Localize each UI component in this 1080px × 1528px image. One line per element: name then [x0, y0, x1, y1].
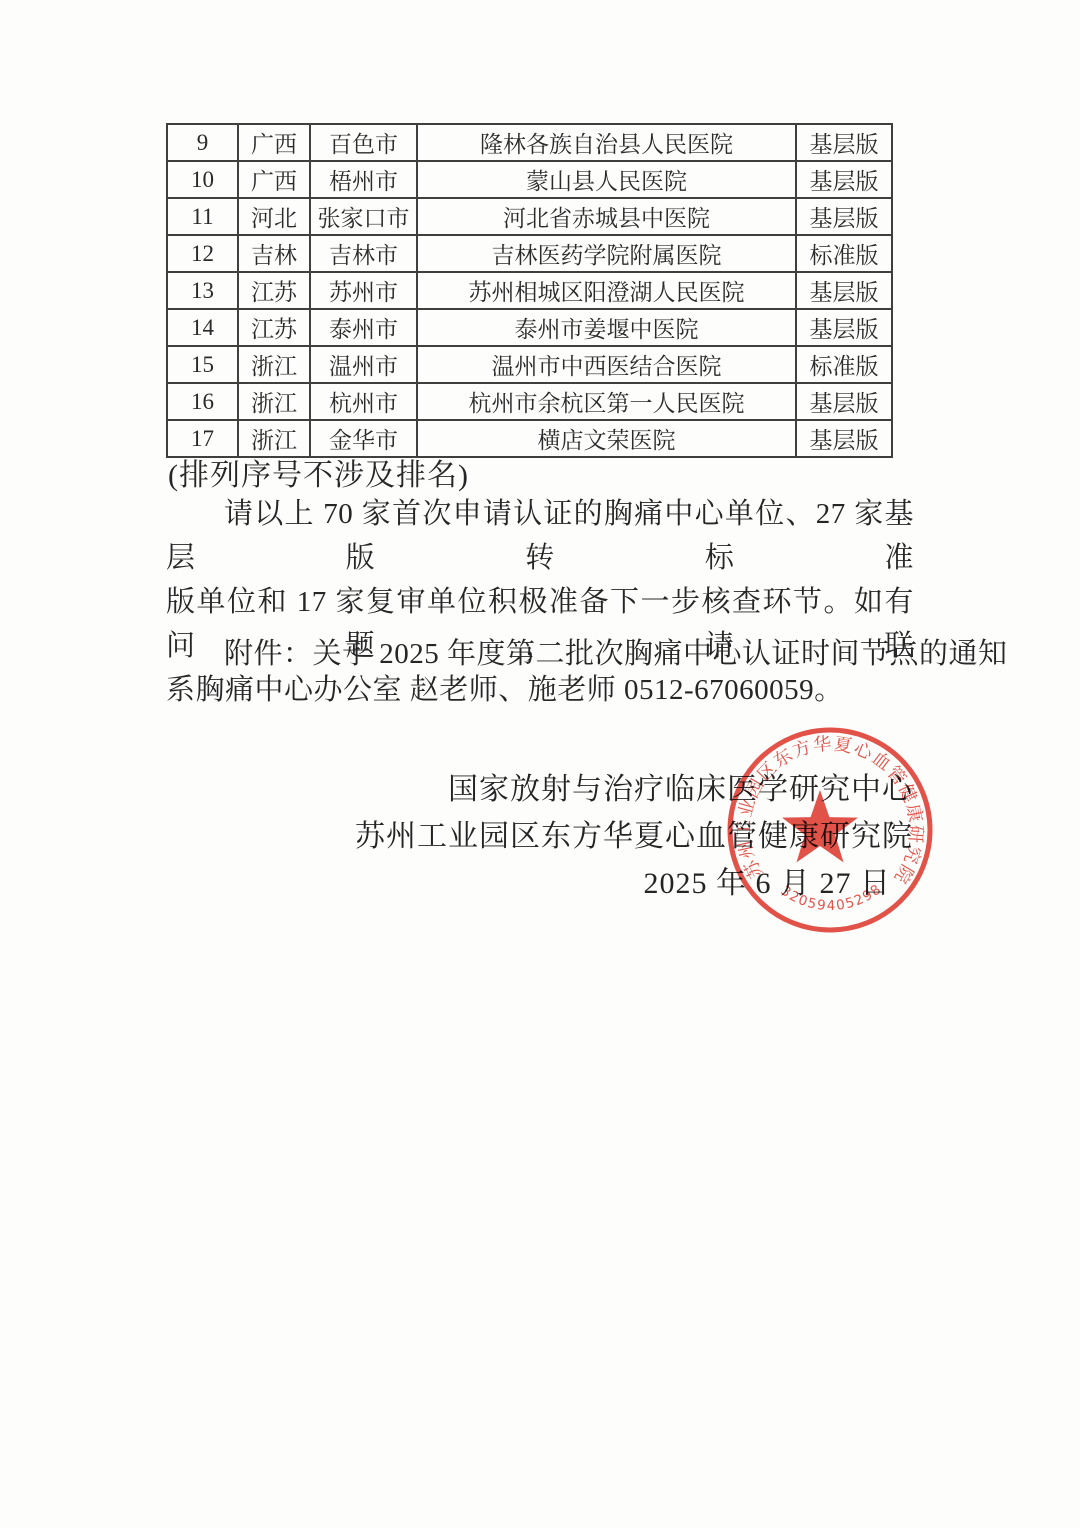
table-row: 14 江苏 泰州市 泰州市姜堰中医院 基层版 [167, 309, 892, 346]
cell-version: 标准版 [796, 235, 892, 272]
cell-version: 基层版 [796, 272, 892, 309]
cell-version: 基层版 [796, 124, 892, 161]
cell-hospital: 河北省赤城县中医院 [417, 198, 796, 235]
attachment-line: 附件：关于 2025 年度第二批次胸痛中心认证时间节点的通知 [166, 631, 926, 672]
cell-province: 广西 [238, 161, 310, 198]
cell-version: 基层版 [796, 420, 892, 457]
paragraph-line: 请以上 70 家首次申请认证的胸痛中心单位、27 家基层版转标准 [166, 492, 914, 580]
official-seal: 苏州工业园区东方华夏心血管健康研究院 3205940529873 [716, 716, 944, 944]
table-row: 16 浙江 杭州市 杭州市余杭区第一人民医院 基层版 [167, 383, 892, 420]
table-row: 12 吉林 吉林市 吉林医药学院附属医院 标准版 [167, 235, 892, 272]
hospital-table: 9 广西 百色市 隆林各族自治县人民医院 基层版 10 广西 梧州市 蒙山县人民… [166, 123, 893, 458]
document-page: 9 广西 百色市 隆林各族自治县人民医院 基层版 10 广西 梧州市 蒙山县人民… [0, 0, 1080, 1528]
cell-hospital: 杭州市余杭区第一人民医院 [417, 383, 796, 420]
ranking-note: (排列序号不涉及排名) [168, 450, 469, 494]
cell-province: 吉林 [238, 235, 310, 272]
cell-number: 12 [167, 235, 238, 272]
cell-hospital: 隆林各族自治县人民医院 [417, 124, 796, 161]
cell-number: 16 [167, 383, 238, 420]
cell-number: 15 [167, 346, 238, 383]
cell-city: 张家口市 [310, 198, 417, 235]
body-paragraph: 请以上 70 家首次申请认证的胸痛中心单位、27 家基层版转标准 版单位和 17… [166, 492, 914, 712]
cell-number: 9 [167, 124, 238, 161]
table-row: 15 浙江 温州市 温州市中西医结合医院 标准版 [167, 346, 892, 383]
cell-hospital: 横店文荣医院 [417, 420, 796, 457]
table-row: 13 江苏 苏州市 苏州相城区阳澄湖人民医院 基层版 [167, 272, 892, 309]
cell-hospital: 苏州相城区阳澄湖人民医院 [417, 272, 796, 309]
cell-province: 浙江 [238, 383, 310, 420]
cell-city: 百色市 [310, 124, 417, 161]
cell-city: 杭州市 [310, 383, 417, 420]
cell-number: 14 [167, 309, 238, 346]
cell-city: 泰州市 [310, 309, 417, 346]
cell-province: 河北 [238, 198, 310, 235]
cell-province: 浙江 [238, 346, 310, 383]
cell-hospital: 泰州市姜堰中医院 [417, 309, 796, 346]
cell-province: 江苏 [238, 309, 310, 346]
table-row: 9 广西 百色市 隆林各族自治县人民医院 基层版 [167, 124, 892, 161]
cell-province: 江苏 [238, 272, 310, 309]
cell-version: 基层版 [796, 161, 892, 198]
cell-number: 13 [167, 272, 238, 309]
cell-city: 吉林市 [310, 235, 417, 272]
cell-city: 梧州市 [310, 161, 417, 198]
cell-version: 标准版 [796, 346, 892, 383]
cell-hospital: 蒙山县人民医院 [417, 161, 796, 198]
cell-version: 基层版 [796, 383, 892, 420]
table-row: 10 广西 梧州市 蒙山县人民医院 基层版 [167, 161, 892, 198]
cell-hospital: 吉林医药学院附属医院 [417, 235, 796, 272]
cell-number: 10 [167, 161, 238, 198]
cell-version: 基层版 [796, 309, 892, 346]
cell-hospital: 温州市中西医结合医院 [417, 346, 796, 383]
cell-version: 基层版 [796, 198, 892, 235]
paragraph-line: 系胸痛中心办公室 赵老师、施老师 0512-67060059。 [166, 668, 914, 712]
cell-city: 苏州市 [310, 272, 417, 309]
cell-number: 11 [167, 198, 238, 235]
cell-city: 温州市 [310, 346, 417, 383]
cell-province: 广西 [238, 124, 310, 161]
table-row: 11 河北 张家口市 河北省赤城县中医院 基层版 [167, 198, 892, 235]
seal-star-icon [782, 790, 858, 862]
